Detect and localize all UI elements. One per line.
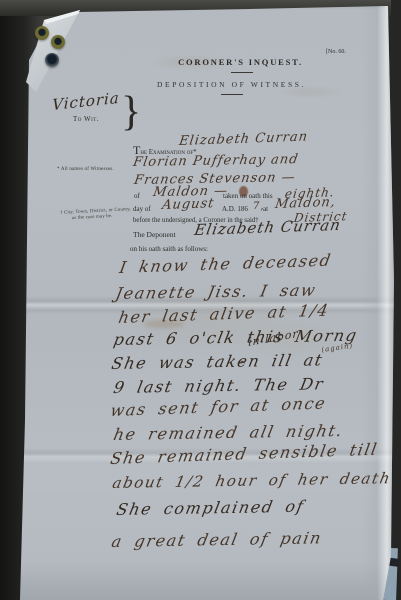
deponent-label: The Deponent	[133, 230, 176, 239]
testimony-line: She was taken ill at	[110, 350, 325, 373]
witness-name-line-2: Florian Pufferhay and	[132, 152, 300, 170]
document-number: [No. 60.	[326, 49, 346, 55]
of-label: of	[134, 192, 140, 200]
inquest-title: CORONER'S INQUEST.	[133, 57, 348, 67]
title-rule	[231, 72, 253, 73]
saith-label: on his oath saith as follows:	[130, 245, 208, 253]
subtitle-rule	[221, 94, 243, 95]
grommet-fastener	[35, 26, 49, 40]
day-of-label: day of	[133, 205, 151, 213]
insertion-caret: ^	[238, 360, 247, 371]
testimony-line: Jeanette Jiss. I saw	[114, 280, 318, 303]
testimony-line: a great deal of pain	[110, 528, 324, 551]
ad-year-label: A.D. 186	[222, 205, 248, 213]
punched-hole	[45, 53, 59, 67]
taken-on-oath-label: taken on oath this	[223, 192, 273, 200]
testimony-line: he remained all night.	[112, 421, 345, 444]
testimony-line: She complained of	[115, 497, 306, 519]
grommet-fastener	[51, 35, 65, 49]
scanned-document: [No. 60. CORONER'S INQUEST. DEPOSITION O…	[0, 0, 401, 600]
deposition-subtitle: DEPOSITION OF WITNESS.	[124, 80, 339, 89]
month-handwritten: August	[161, 196, 215, 213]
at-label: at	[263, 205, 268, 213]
brace-glyph: }	[121, 88, 141, 136]
footnote-witness-names: * All names of Witnesses.	[57, 167, 114, 172]
to-wit-label: To Wit.	[73, 115, 99, 123]
